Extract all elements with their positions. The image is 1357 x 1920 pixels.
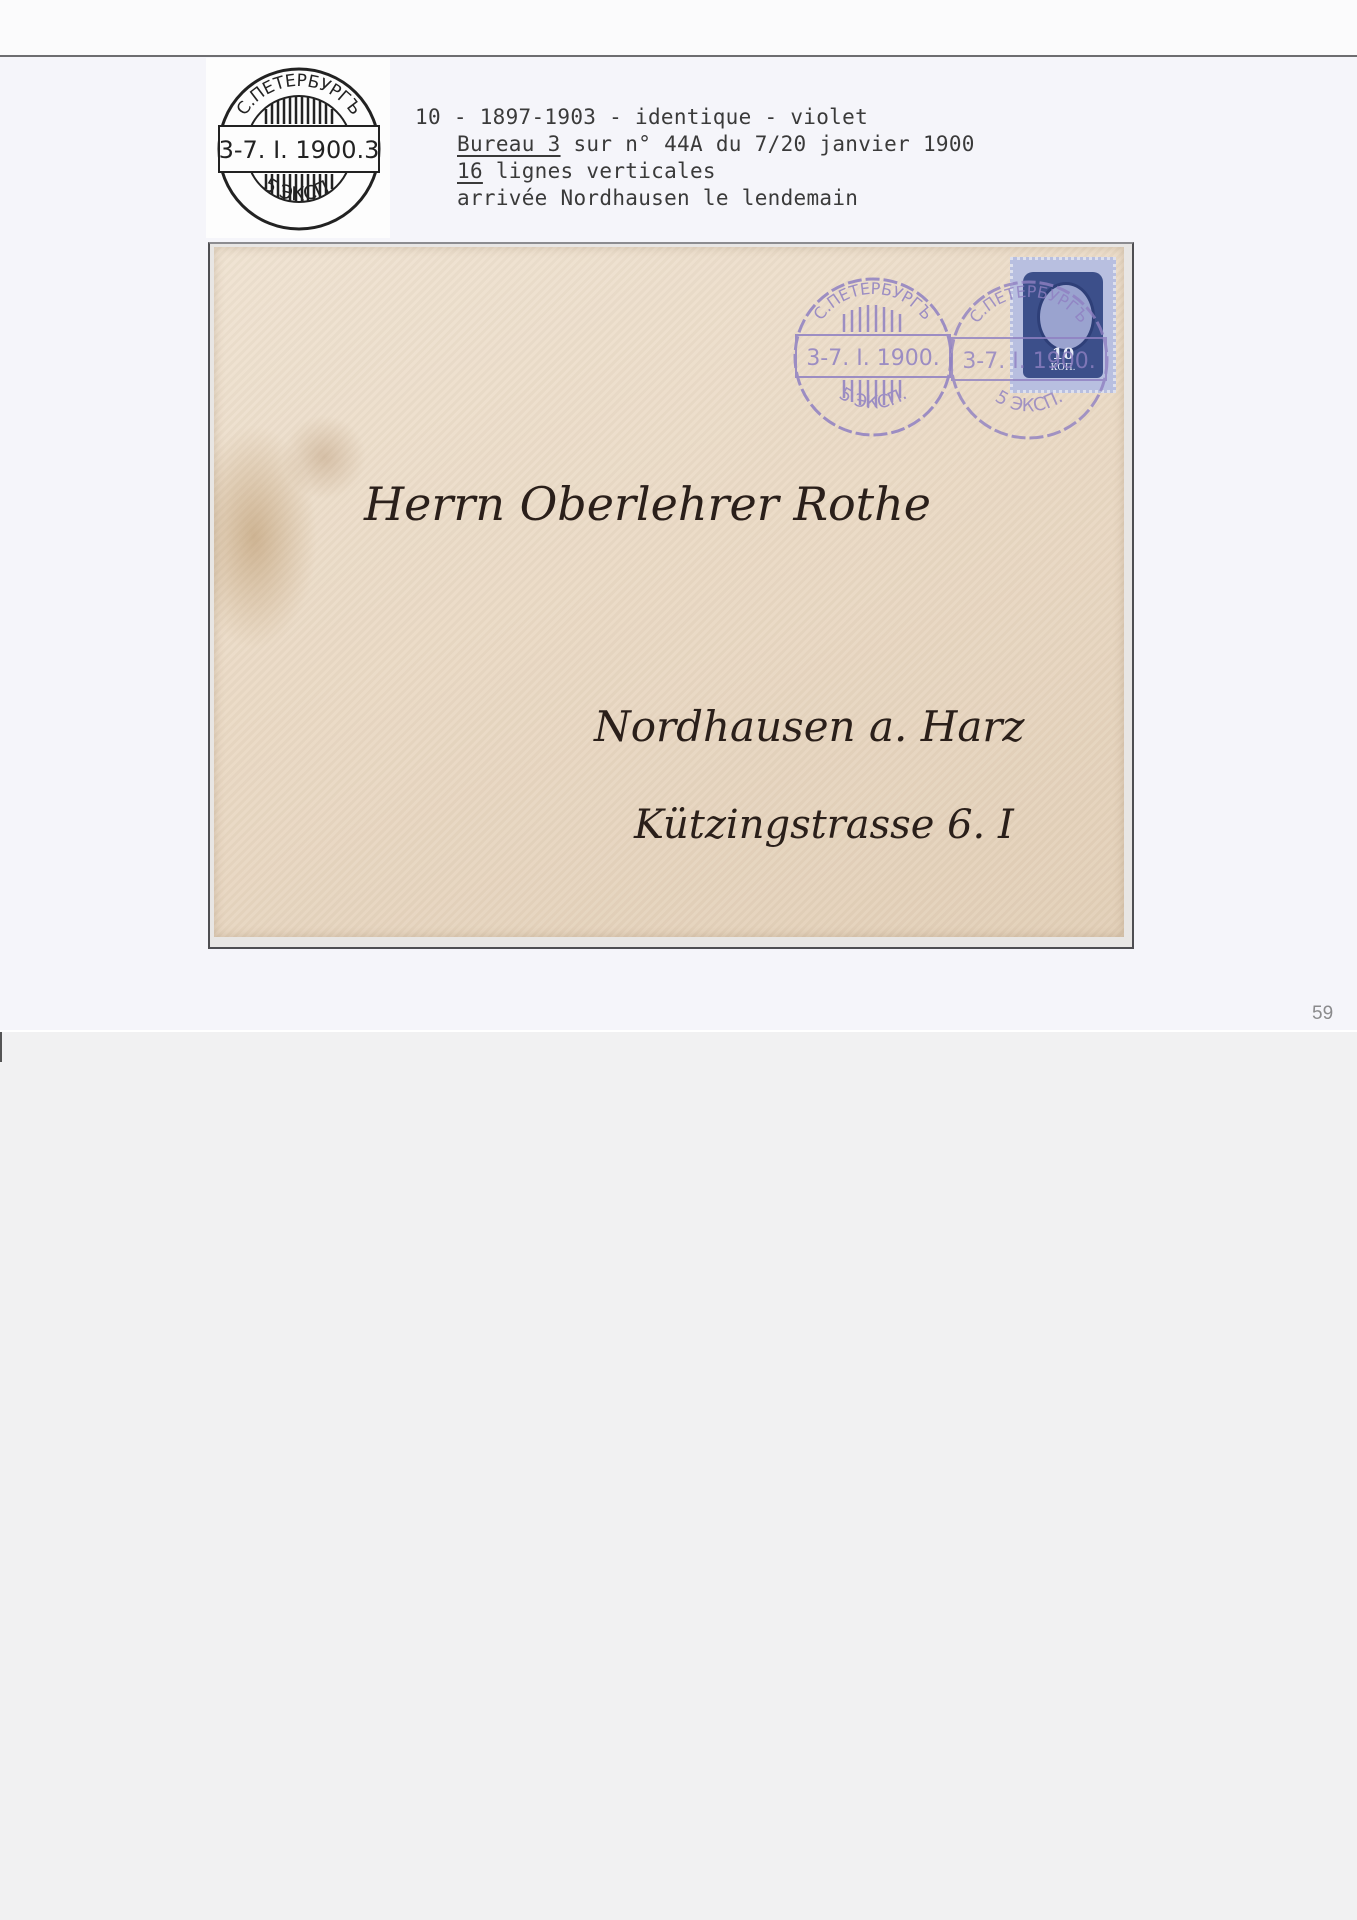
page-number: 59 bbox=[1312, 1003, 1333, 1025]
note-line-arrival: arrivée Nordhausen le lendemain bbox=[415, 185, 975, 212]
svg-text:5 ЭКСП.: 5 ЭКСП. bbox=[260, 174, 339, 206]
note-line-lines: 16 lignes verticales bbox=[415, 158, 975, 185]
address-street: Kützingstrasse 6. I bbox=[634, 802, 1014, 848]
postmark-drawing: С.ПЕТЕРБУРГЪ 5 ЭКСП. 3-7. I. 1900.3 bbox=[214, 64, 384, 234]
svg-text:3-7. I. 1900.3: 3-7. I. 1900.3 bbox=[219, 136, 380, 164]
blank-scan-area bbox=[0, 1032, 1357, 1920]
cancellation-postmark-2: С.ПЕТЕРБУРГЪ 5 ЭКСП. 3-7. I. 1900. bbox=[944, 275, 1114, 445]
cancellation-postmark-1: С.ПЕТЕРБУРГЪ 5 ЭКСП. 3-7. I. 1900. bbox=[788, 272, 958, 442]
envelope: С.ПЕТЕРБУРГЪ 5 ЭКСП. 3-7. I. 1900. 10 КО… bbox=[214, 247, 1124, 937]
scan-edge-mark bbox=[0, 1032, 2, 1062]
svg-text:С.ПЕТЕРБУРГЪ: С.ПЕТЕРБУРГЪ bbox=[809, 279, 936, 324]
note-line-title: 10 - 1897-1903 - identique - violet bbox=[415, 104, 975, 131]
svg-text:3-7. I. 1900.: 3-7. I. 1900. bbox=[806, 346, 939, 371]
note-line-bureau: Bureau 3 sur n° 44A du 7/20 janvier 1900 bbox=[415, 131, 975, 158]
reference-postmark: С.ПЕТЕРБУРГЪ 5 ЭКСП. 3-7. I. 1900.3 bbox=[206, 58, 390, 238]
address-recipient: Herrn Oberlehrer Rothe bbox=[364, 477, 931, 531]
scan-top-margin bbox=[0, 0, 1357, 55]
svg-text:С.ПЕТЕРБУРГЪ: С.ПЕТЕРБУРГЪ bbox=[965, 282, 1092, 327]
svg-text:5 ЭКСП.: 5 ЭКСП. bbox=[991, 386, 1066, 416]
address-city: Nordhausen a. Harz bbox=[594, 702, 1025, 751]
description-note: 10 - 1897-1903 - identique - violet Bure… bbox=[415, 104, 975, 212]
svg-text:5 ЭКСП.: 5 ЭКСП. bbox=[835, 383, 910, 413]
envelope-mount: С.ПЕТЕРБУРГЪ 5 ЭКСП. 3-7. I. 1900. 10 КО… bbox=[208, 242, 1134, 949]
svg-text:3-7. I. 1900.: 3-7. I. 1900. bbox=[962, 349, 1095, 374]
album-page: С.ПЕТЕРБУРГЪ 5 ЭКСП. 3-7. I. 1900.3 10 -… bbox=[0, 55, 1357, 1032]
